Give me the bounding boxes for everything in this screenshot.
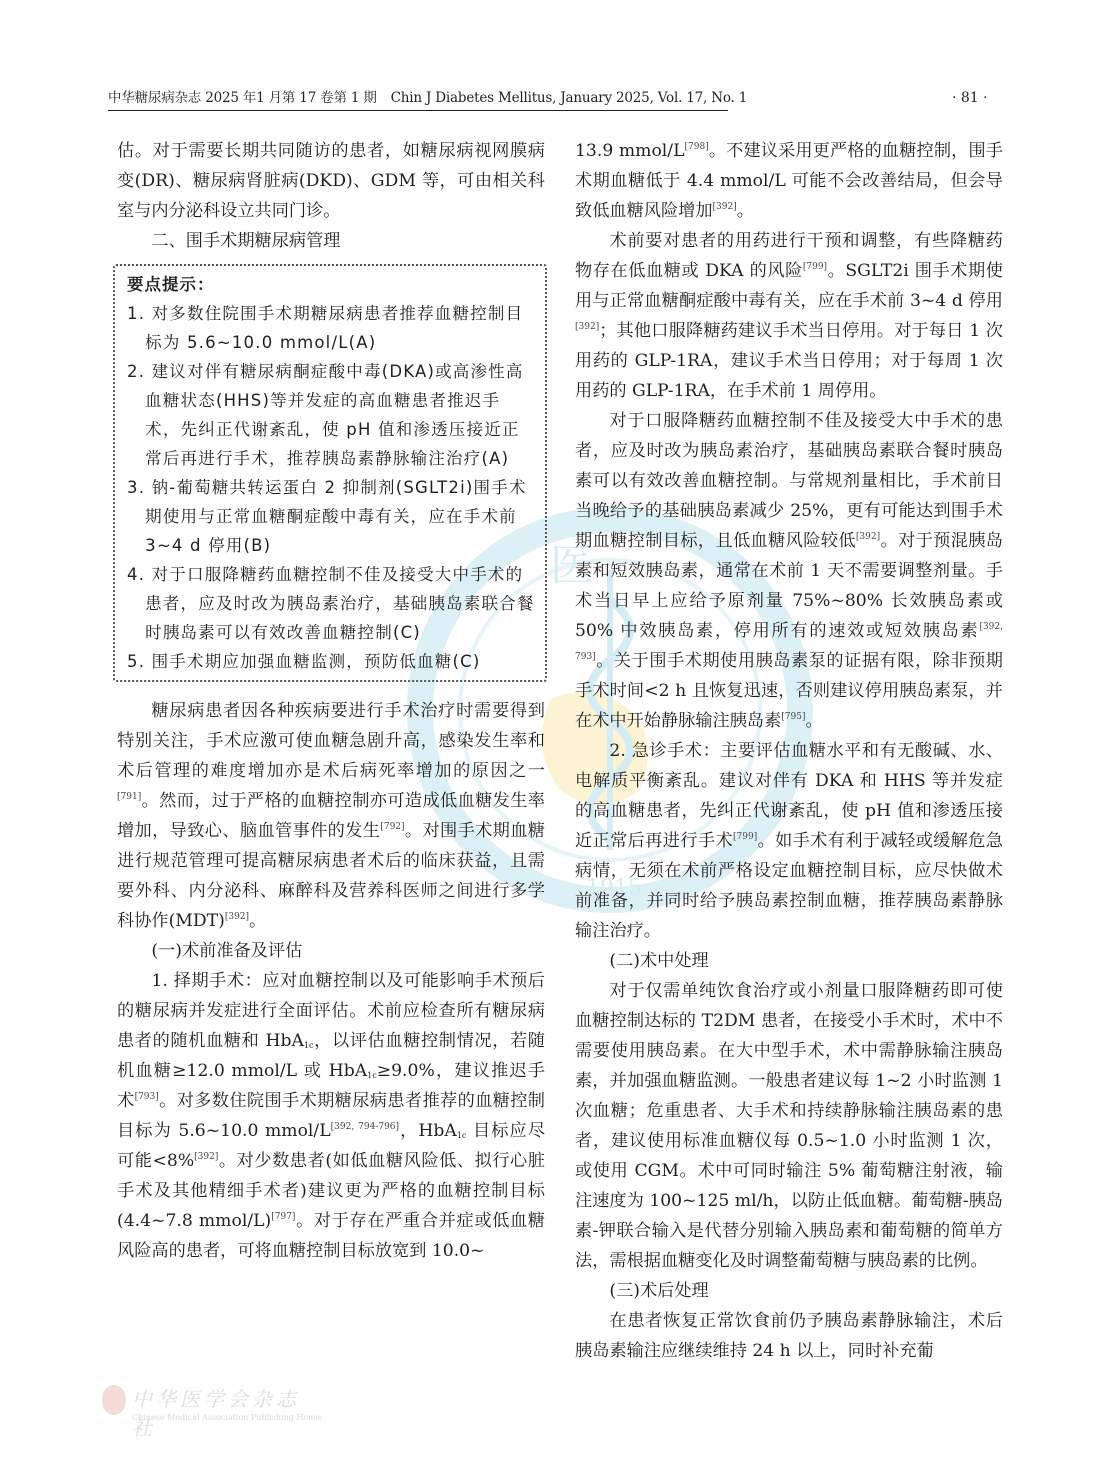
flower-icon — [102, 1385, 126, 1415]
journal-title-cn: 中华糖尿病杂志 2025 年1 月第 17 卷第 1 期 — [108, 90, 377, 106]
citation[interactable]: [793] — [135, 1092, 159, 1102]
subsection-heading: (三)术后处理 — [575, 1276, 1003, 1306]
citation[interactable]: [392] — [713, 202, 737, 212]
citation[interactable]: [392] — [225, 912, 249, 922]
key-points-box: 要点提示： 1. 对多数住院围手术期糖尿病患者推荐血糖控制目标为 5.6~10.… — [113, 264, 547, 682]
citation[interactable]: [392] — [856, 532, 880, 542]
running-header: 中华糖尿病杂志 2025 年1 月第 17 卷第 1 期Chin J Diabe… — [108, 88, 728, 111]
right-column: 13.9 mmol/L[798]。不建议采用更严格的血糖控制，围手术期血糖低于 … — [575, 136, 1003, 1366]
citation[interactable]: [392, 794-796] — [331, 1122, 399, 1132]
paragraph-continuation: 13.9 mmol/L[798]。不建议采用更严格的血糖控制，围手术期血糖低于 … — [575, 136, 1003, 226]
paragraph-intraoperative: 对于仅需单纯饮食治疗或小剂量口服降糖药即可使血糖控制达标的 T2DM 患者，在接… — [575, 976, 1003, 1276]
left-column: 估。对于需要长期共同随访的患者，如糖尿病视网膜病变(DR)、糖尿病肾脏病(DKD… — [117, 136, 545, 1266]
page-number: · 81 · — [952, 88, 988, 108]
paragraph-elective-surgery: 1. 择期手术：应对血糖控制以及可能影响手术预后的糖尿病并发症进行全面评估。术前… — [117, 966, 545, 1266]
paragraph-continuation: 估。对于需要长期共同随访的患者，如糖尿病视网膜病变(DR)、糖尿病肾脏病(DKD… — [117, 136, 545, 226]
paragraph-intro: 糖尿病患者因各种疾病要进行手术治疗时需要得到特别关注，手术应激可使血糖急剧升高，… — [117, 696, 545, 936]
publisher-name-en: Chinese Medical Association Publishing H… — [132, 1413, 322, 1422]
citation[interactable]: [392] — [194, 1152, 218, 1162]
key-point-item: 1. 对多数住院围手术期糖尿病患者推荐血糖控制目标为 5.6~10.0 mmol… — [127, 299, 535, 357]
citation[interactable]: [799] — [803, 262, 827, 272]
paragraph-medication-adjustment: 术前要对患者的用药进行干预和调整，有些降糖药物存在低血糖或 DKA 的风险[79… — [575, 226, 1003, 406]
key-point-item: 3. 钠-葡萄糖共转运蛋白 2 抑制剂(SGLT2i)围手术期使用与正常血糖酮症… — [127, 473, 535, 560]
subsection-heading: (二)术中处理 — [575, 946, 1003, 976]
key-point-item: 4. 对于口服降糖药血糖控制不佳及接受大中手术的患者，应及时改为胰岛素治疗，基础… — [127, 560, 535, 647]
citation[interactable]: [392] — [575, 322, 599, 332]
subsection-heading: (一)术前准备及评估 — [117, 936, 545, 966]
citation[interactable]: [791] — [117, 792, 141, 802]
key-points-title: 要点提示： — [127, 270, 535, 299]
citation[interactable]: [798] — [685, 142, 709, 152]
citation[interactable]: [792] — [380, 822, 404, 832]
citation[interactable]: [795] — [781, 712, 805, 722]
section-heading: 二、围手术期糖尿病管理 — [117, 226, 545, 256]
publisher-logo: 中华医学会杂志社 Chinese Medical Association Pub… — [102, 1383, 302, 1433]
citation[interactable]: [797] — [271, 1212, 295, 1222]
paragraph-postoperative: 在患者恢复正常饮食前仍予胰岛素静脉输注，术后胰岛素输注应继续维持 24 h 以上… — [575, 1306, 1003, 1366]
paragraph-insulin: 对于口服降糖药血糖控制不佳及接受大中手术的患者，应及时改为胰岛素治疗，基础胰岛素… — [575, 406, 1003, 736]
journal-title-en: Chin J Diabetes Mellitus, January 2025, … — [391, 90, 747, 106]
key-point-item: 2. 建议对伴有糖尿病酮症酸中毒(DKA)或高渗性高血糖状态(HHS)等并发症的… — [127, 357, 535, 473]
citation[interactable]: [799] — [733, 832, 757, 842]
paragraph-emergency-surgery: 2. 急诊手术：主要评估血糖水平和有无酸碱、水、电解质平衡紊乱。建议对伴有 DK… — [575, 736, 1003, 946]
key-point-item: 5. 围手术期应加强血糖监测，预防低血糖(C) — [127, 647, 535, 676]
publisher-name-cn: 中华医学会杂志社 — [132, 1383, 302, 1441]
